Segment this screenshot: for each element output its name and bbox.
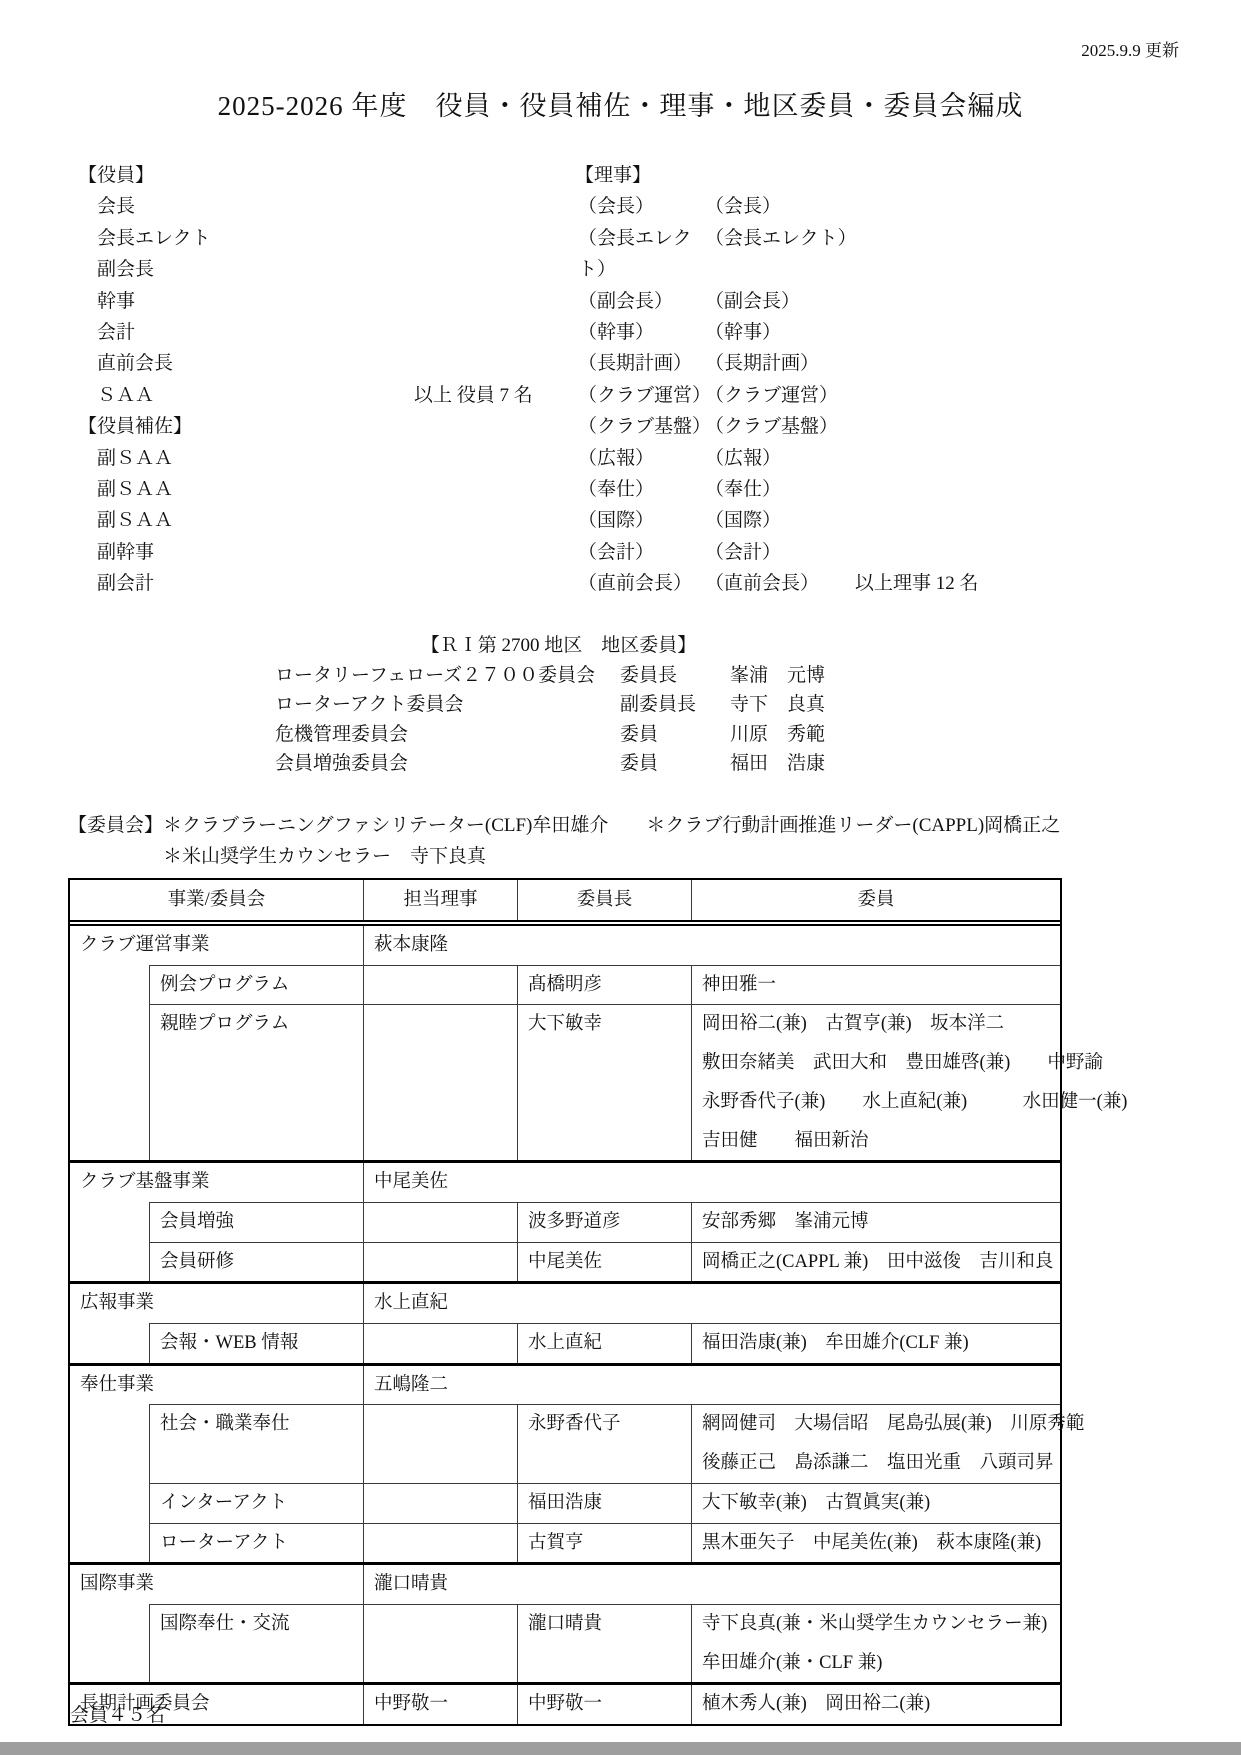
person-name: 峯浦 元博: [730, 661, 825, 690]
table-section: 広報事業水上直紀会報・WEB 情報水上直紀福田浩康(兼) 牟田雄介(CLF 兼): [70, 1281, 1060, 1362]
sub-rows: 社会・職業奉仕永野香代子網岡健司 大場信昭 尾島弘展(兼) 川原秀範後藤正己 島…: [70, 1404, 1060, 1562]
indent-strip: [70, 1323, 150, 1363]
role-label: （会長）: [705, 191, 855, 222]
section-name: 国際事業: [70, 1565, 363, 1604]
column-header-chair: 委員長: [517, 880, 691, 920]
director-cell: [363, 1484, 517, 1523]
members-line: 岡田裕二(兼) 古賀亨(兼) 坂本洋二: [702, 1005, 1060, 1044]
officer-director-columns: 【役員】 会長会長エレクト副会長幹事会計直前会長ＳＡＡ以上 役員 7 名 【役員…: [68, 160, 1191, 600]
sub-rows-stack: 会員増強波多野道彦安部秀郷 峯浦元博会員研修中尾美佐岡橋正之(CAPPL 兼) …: [150, 1202, 1060, 1281]
chair-name: 永野香代子: [517, 1405, 691, 1482]
members-line: 後藤正己 島添謙二 塩田光重 八頭司昇: [702, 1444, 1060, 1483]
section-row: クラブ運営事業萩本康隆: [70, 926, 1060, 965]
committee-note: 【委員会】＊クラブラーニングファシリテーター(CLF)牟田雄介 ＊クラブ行動計画…: [68, 810, 1191, 872]
district-list: ロータリーフェローズ２７００委員会委員長峯浦 元博ローターアクト委員会副委員長寺…: [275, 661, 825, 779]
list-item: （クラブ基盤）（クラブ基盤）: [565, 411, 1191, 442]
members-cell: 植木秀人(兼) 岡田裕二(兼): [691, 1685, 1060, 1724]
list-item: 会長: [68, 191, 565, 222]
page-title: 2025-2026 年度 役員・役員補佐・理事・地区委員・委員会編成: [0, 84, 1241, 123]
person-name: 福田 浩康: [730, 749, 825, 778]
members-line: 牟田雄介(兼・CLF 兼): [702, 1644, 1060, 1683]
person-name: [268, 443, 414, 474]
sub-rows: 会員増強波多野道彦安部秀郷 峯浦元博会員研修中尾美佐岡橋正之(CAPPL 兼) …: [70, 1202, 1060, 1281]
section-name: クラブ基盤事業: [70, 1163, 363, 1202]
list-item: （会長エレクト）（会長エレクト）: [565, 223, 1191, 286]
district-committee-name: ローターアクト委員会: [275, 690, 620, 719]
section-row: クラブ基盤事業中尾美佐: [70, 1163, 1060, 1202]
role-label: 会長エレクト: [97, 223, 268, 254]
person-name: （会計）: [578, 537, 705, 568]
list-item: 副ＳＡＡ: [68, 474, 565, 505]
list-item: 会長エレクト: [68, 223, 565, 254]
members-cell: 岡橋正之(CAPPL 兼) 田中滋俊 吉川和良: [691, 1243, 1060, 1282]
members-line: 永野香代子(兼) 水上直紀(兼) 水田健一(兼): [702, 1083, 1060, 1122]
section-director: 五嶋隆二: [363, 1366, 1060, 1405]
person-name: 寺下 良真: [730, 690, 825, 719]
committee-name: 国際奉仕・交流: [150, 1605, 363, 1682]
person-name: [268, 380, 414, 411]
person-name: [268, 317, 414, 348]
committee-name: 社会・職業奉仕: [150, 1405, 363, 1482]
role-label: （クラブ基盤）: [705, 411, 855, 442]
sub-rows-stack: 社会・職業奉仕永野香代子網岡健司 大場信昭 尾島弘展(兼) 川原秀範後藤正己 島…: [150, 1404, 1060, 1562]
indent-strip: [70, 1202, 150, 1281]
members-cell: 神田雅一: [691, 966, 1060, 1005]
person-name: [268, 223, 414, 254]
person-name: （長期計画）: [578, 348, 705, 379]
role-label: 副幹事: [97, 537, 268, 568]
section-row: 広報事業水上直紀: [70, 1284, 1060, 1323]
section-row: 奉仕事業五嶋隆二: [70, 1366, 1060, 1405]
committee-row: 国際奉仕・交流瀧口晴貴寺下良真(兼・米山奨学生カウンセラー兼)牟田雄介(兼・CL…: [150, 1604, 1060, 1682]
committee-name: ローターアクト: [150, 1524, 363, 1563]
section-director: 水上直紀: [363, 1284, 1060, 1323]
person-name: （クラブ基盤）: [578, 411, 705, 442]
director-cell: [363, 1405, 517, 1482]
person-name: [268, 254, 414, 285]
person-name: [268, 568, 414, 599]
role-label: 副会計: [97, 568, 268, 599]
role-label: （副会長）: [705, 286, 855, 317]
person-name: （国際）: [578, 505, 705, 536]
person-name: [268, 286, 414, 317]
officers-column: 【役員】 会長会長エレクト副会長幹事会計直前会長ＳＡＡ以上 役員 7 名 【役員…: [68, 160, 565, 600]
list-item: 幹事: [68, 286, 565, 317]
committee-name: インターアクト: [150, 1484, 363, 1523]
section-name: 奉仕事業: [70, 1366, 363, 1405]
role-label: （国際）: [705, 505, 855, 536]
officers-list: 会長会長エレクト副会長幹事会計直前会長ＳＡＡ以上 役員 7 名: [68, 191, 565, 411]
sub-rows-stack: 会報・WEB 情報水上直紀福田浩康(兼) 牟田雄介(CLF 兼): [150, 1323, 1060, 1363]
person-name: （奉仕）: [578, 474, 705, 505]
list-item: 副会計: [68, 568, 565, 599]
role-label: 副ＳＡＡ: [97, 505, 268, 536]
table-header-row: 事業/委員会 担当理事 委員長 委員: [70, 880, 1060, 926]
committee-name: 会員研修: [150, 1243, 363, 1282]
list-item: （広報）（広報）: [565, 443, 1191, 474]
committee-row: 会員増強波多野道彦安部秀郷 峯浦元博: [150, 1202, 1060, 1242]
list-item: 直前会長: [68, 348, 565, 379]
members-cell: 安部秀郷 峯浦元博: [691, 1203, 1060, 1242]
directors-list: （会長）（会長）（会長エレクト）（会長エレクト）（副会長）（副会長）（幹事）（幹…: [565, 191, 1191, 599]
committee-row: 例会プログラム髙橋明彦神田雅一: [150, 965, 1060, 1005]
list-item: ＳＡＡ以上 役員 7 名: [68, 380, 565, 411]
chair-name: 大下敏幸: [517, 1005, 691, 1160]
list-item: （長期計画）（長期計画）: [565, 348, 1191, 379]
district-position: 副委員長: [620, 690, 730, 719]
list-item: （クラブ運営）（クラブ運営）: [565, 380, 1191, 411]
members-line: 安部秀郷 峯浦元博: [702, 1203, 1060, 1242]
list-item: （国際）（国際）: [565, 505, 1191, 536]
chair-name: 水上直紀: [517, 1324, 691, 1363]
director-cell: [363, 1243, 517, 1282]
count-note: 以上 役員 7 名: [414, 380, 533, 411]
table-section: 国際事業瀧口晴貴国際奉仕・交流瀧口晴貴寺下良真(兼・米山奨学生カウンセラー兼)牟…: [70, 1562, 1060, 1682]
members-cell: 大下敏幸(兼) 古賀眞実(兼): [691, 1484, 1060, 1523]
director-cell: [363, 1324, 517, 1363]
members-line: 福田浩康(兼) 牟田雄介(CLF 兼): [702, 1324, 1060, 1363]
district-committee-name: ロータリーフェローズ２７００委員会: [275, 661, 620, 690]
role-label: （会長エレクト）: [705, 223, 855, 286]
role-label: （幹事）: [705, 317, 855, 348]
person-name: （副会長）: [578, 286, 705, 317]
update-date: 2025.9.9 更新: [1081, 36, 1179, 61]
members-cell: 寺下良真(兼・米山奨学生カウンセラー兼)牟田雄介(兼・CLF 兼): [691, 1605, 1060, 1682]
role-label: （広報）: [705, 443, 855, 474]
members-line: 網岡健司 大場信昭 尾島弘展(兼) 川原秀範: [702, 1405, 1060, 1444]
section-name: 広報事業: [70, 1284, 363, 1323]
role-label: （会計）: [705, 537, 855, 568]
role-label: 幹事: [97, 286, 268, 317]
list-item: 副会長: [68, 254, 565, 285]
district-heading: 【ＲＩ第 2700 地区 地区委員】: [0, 630, 1241, 657]
committee-note-line1: 【委員会】＊クラブラーニングファシリテーター(CLF)牟田雄介 ＊クラブ行動計画…: [68, 810, 1191, 841]
table-section: 長期計画委員会中野敬一中野敬一植木秀人(兼) 岡田裕二(兼): [70, 1682, 1060, 1724]
assistants-list: 副ＳＡＡ副ＳＡＡ副ＳＡＡ副幹事副会計: [68, 443, 565, 600]
committee-table: 事業/委員会 担当理事 委員長 委員 クラブ運営事業萩本康隆例会プログラム髙橋明…: [68, 878, 1062, 1726]
list-item: （直前会長）（直前会長）以上理事 12 名: [565, 568, 1191, 599]
sub-rows: 会報・WEB 情報水上直紀福田浩康(兼) 牟田雄介(CLF 兼): [70, 1323, 1060, 1363]
section-director: 萩本康隆: [363, 926, 1060, 965]
chair-name: 髙橋明彦: [517, 966, 691, 1005]
person-name: （クラブ運営）: [578, 380, 705, 411]
director-cell: [363, 1605, 517, 1682]
director-cell: [363, 1005, 517, 1160]
person-name: （広報）: [578, 443, 705, 474]
members-line: 敷田奈緒美 武田大和 豊田雄啓(兼) 中野諭: [702, 1044, 1060, 1083]
members-line: 寺下良真(兼・米山奨学生カウンセラー兼): [702, 1605, 1060, 1644]
role-label: 会計: [97, 317, 268, 348]
list-item: （副会長）（副会長）: [565, 286, 1191, 317]
members-cell: 網岡健司 大場信昭 尾島弘展(兼) 川原秀範後藤正己 島添謙二 塩田光重 八頭司…: [691, 1405, 1060, 1482]
chair-name: 波多野道彦: [517, 1203, 691, 1242]
person-name: （幹事）: [578, 317, 705, 348]
list-item: （幹事）（幹事）: [565, 317, 1191, 348]
role-label: （直前会長）: [705, 568, 855, 599]
members-cell: 岡田裕二(兼) 古賀亨(兼) 坂本洋二敷田奈緒美 武田大和 豊田雄啓(兼) 中野…: [691, 1005, 1060, 1160]
member-count: 会員４５名: [70, 1700, 165, 1727]
district-row: ロータリーフェローズ２７００委員会委員長峯浦 元博: [275, 661, 825, 690]
list-item: 会計: [68, 317, 565, 348]
person-name: （直前会長）: [578, 568, 705, 599]
district-committee-name: 危機管理委員会: [275, 720, 620, 749]
list-item: （奉仕）（奉仕）: [565, 474, 1191, 505]
section-director: 中尾美佐: [363, 1163, 1060, 1202]
list-item: （会長）（会長）: [565, 191, 1191, 222]
members-line: 大下敏幸(兼) 古賀眞実(兼): [702, 1484, 1060, 1523]
role-label: 会長: [97, 191, 268, 222]
committee-row: 親睦プログラム大下敏幸岡田裕二(兼) 古賀亨(兼) 坂本洋二敷田奈緒美 武田大和…: [150, 1004, 1060, 1160]
directors-heading: 【理事】: [565, 160, 1191, 191]
committee-name: 例会プログラム: [150, 966, 363, 1005]
members-line: 吉田健 福田新治: [702, 1122, 1060, 1161]
district-position: 委員長: [620, 661, 730, 690]
chair-name: 福田浩康: [517, 1484, 691, 1523]
assistants-heading: 【役員補佐】: [68, 411, 565, 442]
director-cell: [363, 1203, 517, 1242]
director-name: 中野敬一: [363, 1685, 517, 1724]
chair-name: 中尾美佐: [517, 1243, 691, 1282]
person-name: （会長）: [578, 191, 705, 222]
sub-rows: 例会プログラム髙橋明彦神田雅一親睦プログラム大下敏幸岡田裕二(兼) 古賀亨(兼)…: [70, 965, 1060, 1161]
column-header-director: 担当理事: [363, 880, 517, 920]
column-header-business: 事業/委員会: [70, 880, 363, 920]
committee-row: 会員研修中尾美佐岡橋正之(CAPPL 兼) 田中滋俊 吉川和良: [150, 1242, 1060, 1282]
director-cell: [363, 1524, 517, 1563]
person-name: [268, 505, 414, 536]
district-row: ローターアクト委員会副委員長寺下 良真: [275, 690, 825, 719]
directors-column: 【理事】 （会長）（会長）（会長エレクト）（会長エレクト）（副会長）（副会長）（…: [565, 160, 1191, 600]
person-name: [268, 348, 414, 379]
sub-rows-stack: 国際奉仕・交流瀧口晴貴寺下良真(兼・米山奨学生カウンセラー兼)牟田雄介(兼・CL…: [150, 1604, 1060, 1682]
committee-row: 長期計画委員会中野敬一中野敬一植木秀人(兼) 岡田裕二(兼): [70, 1685, 1060, 1724]
district-position: 委員: [620, 749, 730, 778]
district-committee-name: 会員増強委員会: [275, 749, 620, 778]
section-row: 国際事業瀧口晴貴: [70, 1565, 1060, 1604]
role-label: 直前会長: [97, 348, 268, 379]
page-bottom-edge: [0, 1742, 1241, 1755]
list-item: （会計）（会計）: [565, 537, 1191, 568]
count-note: 以上理事 12 名: [855, 568, 979, 599]
director-cell: [363, 966, 517, 1005]
district-position: 委員: [620, 720, 730, 749]
indent-strip: [70, 1604, 150, 1682]
column-header-members: 委員: [691, 880, 1060, 920]
members-line: 神田雅一: [702, 966, 1060, 1005]
role-label: 副ＳＡＡ: [97, 443, 268, 474]
indent-strip: [70, 965, 150, 1161]
role-label: （クラブ運営）: [705, 380, 855, 411]
committee-row: 会報・WEB 情報水上直紀福田浩康(兼) 牟田雄介(CLF 兼): [150, 1323, 1060, 1363]
committee-note-line2: ＊米山奨学生カウンセラー 寺下良真: [68, 841, 1191, 872]
list-item: 副ＳＡＡ: [68, 505, 565, 536]
committee-row: ローターアクト古賀亨黒木亜矢子 中尾美佐(兼) 萩本康隆(兼): [150, 1523, 1060, 1563]
person-name: （会長エレクト）: [578, 223, 705, 286]
members-line: 植木秀人(兼) 岡田裕二(兼): [702, 1685, 1060, 1724]
committee-row: 社会・職業奉仕永野香代子網岡健司 大場信昭 尾島弘展(兼) 川原秀範後藤正己 島…: [150, 1404, 1060, 1482]
table-section: クラブ基盤事業中尾美佐会員増強波多野道彦安部秀郷 峯浦元博会員研修中尾美佐岡橋正…: [70, 1160, 1060, 1281]
sub-rows-stack: 例会プログラム髙橋明彦神田雅一親睦プログラム大下敏幸岡田裕二(兼) 古賀亨(兼)…: [150, 965, 1060, 1161]
sub-rows: 国際奉仕・交流瀧口晴貴寺下良真(兼・米山奨学生カウンセラー兼)牟田雄介(兼・CL…: [70, 1604, 1060, 1682]
members-cell: 福田浩康(兼) 牟田雄介(CLF 兼): [691, 1324, 1060, 1363]
table-body: クラブ運営事業萩本康隆例会プログラム髙橋明彦神田雅一親睦プログラム大下敏幸岡田裕…: [70, 926, 1060, 1724]
role-label: 副ＳＡＡ: [97, 474, 268, 505]
indent-strip: [70, 1404, 150, 1562]
role-label: ＳＡＡ: [97, 380, 268, 411]
role-label: （奉仕）: [705, 474, 855, 505]
role-label: 副会長: [97, 254, 268, 285]
committee-row: インターアクト福田浩康大下敏幸(兼) 古賀眞実(兼): [150, 1483, 1060, 1523]
district-row: 危機管理委員会委員川原 秀範: [275, 720, 825, 749]
section-director: 瀧口晴貴: [363, 1565, 1060, 1604]
members-cell: 黒木亜矢子 中尾美佐(兼) 萩本康隆(兼): [691, 1524, 1060, 1563]
committee-name: 会員増強: [150, 1203, 363, 1242]
district-row: 会員増強委員会委員福田 浩康: [275, 749, 825, 778]
table-section: クラブ運営事業萩本康隆例会プログラム髙橋明彦神田雅一親睦プログラム大下敏幸岡田裕…: [70, 926, 1060, 1160]
members-line: 岡橋正之(CAPPL 兼) 田中滋俊 吉川和良: [702, 1243, 1060, 1282]
section-name: クラブ運営事業: [70, 926, 363, 965]
document-page: 2025.9.9 更新 2025-2026 年度 役員・役員補佐・理事・地区委員…: [0, 0, 1241, 1755]
members-line: 黒木亜矢子 中尾美佐(兼) 萩本康隆(兼): [702, 1524, 1060, 1563]
chair-name: 瀧口晴貴: [517, 1605, 691, 1682]
table-section: 奉仕事業五嶋隆二社会・職業奉仕永野香代子網岡健司 大場信昭 尾島弘展(兼) 川原…: [70, 1363, 1060, 1563]
committee-name: 親睦プログラム: [150, 1005, 363, 1160]
officers-heading: 【役員】: [68, 160, 565, 191]
person-name: [268, 191, 414, 222]
list-item: 副幹事: [68, 537, 565, 568]
committee-name: 会報・WEB 情報: [150, 1324, 363, 1363]
chair-name: 中野敬一: [517, 1685, 691, 1724]
chair-name: 古賀亨: [517, 1524, 691, 1563]
list-item: 副ＳＡＡ: [68, 443, 565, 474]
person-name: [268, 537, 414, 568]
role-label: （長期計画）: [705, 348, 855, 379]
person-name: [268, 474, 414, 505]
person-name: 川原 秀範: [730, 720, 825, 749]
